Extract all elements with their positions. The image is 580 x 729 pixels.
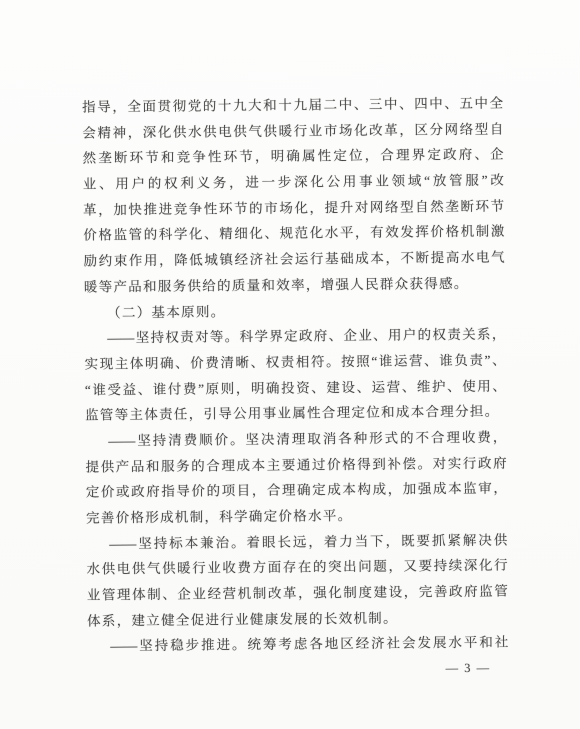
text-line: 会精神，深化供水供电供气供暖行业市场化改革，区分网络型自 [82,116,503,146]
text-line: 体系，建立健全促进行业健康发展的长效机制。 [87,604,508,634]
text-line: ——坚持权责对等。科学界定政府、企业、用户的权责关系， [84,322,505,352]
text-line: 实现主体明确、价费清晰、权责相符。按照“谁运营、谁负责”、 [84,347,505,377]
text-line: 励约束作用，降低城镇经济社会运行基础成本，不断提高水电气 [83,245,504,275]
section-heading: （二）基本原则。 [84,296,505,326]
document-page: 指导，全面贯彻党的十九大和十九届二中、三中、四中、五中全 会精神，深化供水供电供… [0,0,580,729]
text-line: 革，加快推进竞争性环节的市场化，提升对网络型自然垄断环节 [83,193,504,223]
text-line: 指导，全面贯彻党的十九大和十九届二中、三中、四中、五中全 [82,91,503,121]
text-line: 提供产品和服务的合理成本主要通过价格得到补偿。对实行政府 [85,450,506,480]
text-line: 定价或政府指导价的项目，合理确定成本构成，加强成本监审， [86,476,507,506]
text-line: 业管理体制、企业经营机制改革，强化制度建设，完善政府监管 [87,579,508,609]
page-number: — 3 — [445,661,490,676]
text-line: “谁受益、谁付费”原则，明确投资、建设、运营、维护、使用、 [85,373,506,403]
text-line: ——坚持标本兼治。着眼长远，着力当下，既要抓紧解决供 [86,527,507,557]
text-line: 业、用户的权利义务，进一步深化公用事业领域“放管服”改 [83,168,504,198]
text-line: 暖等产品和服务供给的质量和效率，增强人民群众获得感。 [84,270,505,300]
text-line: 水供电供气供暖行业收费方面存在的突出问题，又要持续深化行 [86,553,507,583]
text-line: 然垄断环节和竞争性环节，明确属性定位，合理界定政府、企 [83,142,504,172]
text-line: 监管等主体责任，引导公用事业属性合理定位和成本合理分担。 [85,399,506,429]
document-text-block: 指导，全面贯彻党的十九大和十九届二中、三中、四中、五中全 会精神，深化供水供电供… [82,91,509,695]
text-line: ——坚持清费顺价。坚决清理取消各种形式的不合理收费， [85,424,506,454]
text-line: ——坚持稳步推进。统筹考虑各地区经济社会发展水平和社 [87,630,508,660]
text-line: 完善价格形成机制，科学确定价格水平。 [86,502,507,532]
text-line: 价格监管的科学化、精细化、规范化水平，有效发挥价格机制激 [83,219,504,249]
